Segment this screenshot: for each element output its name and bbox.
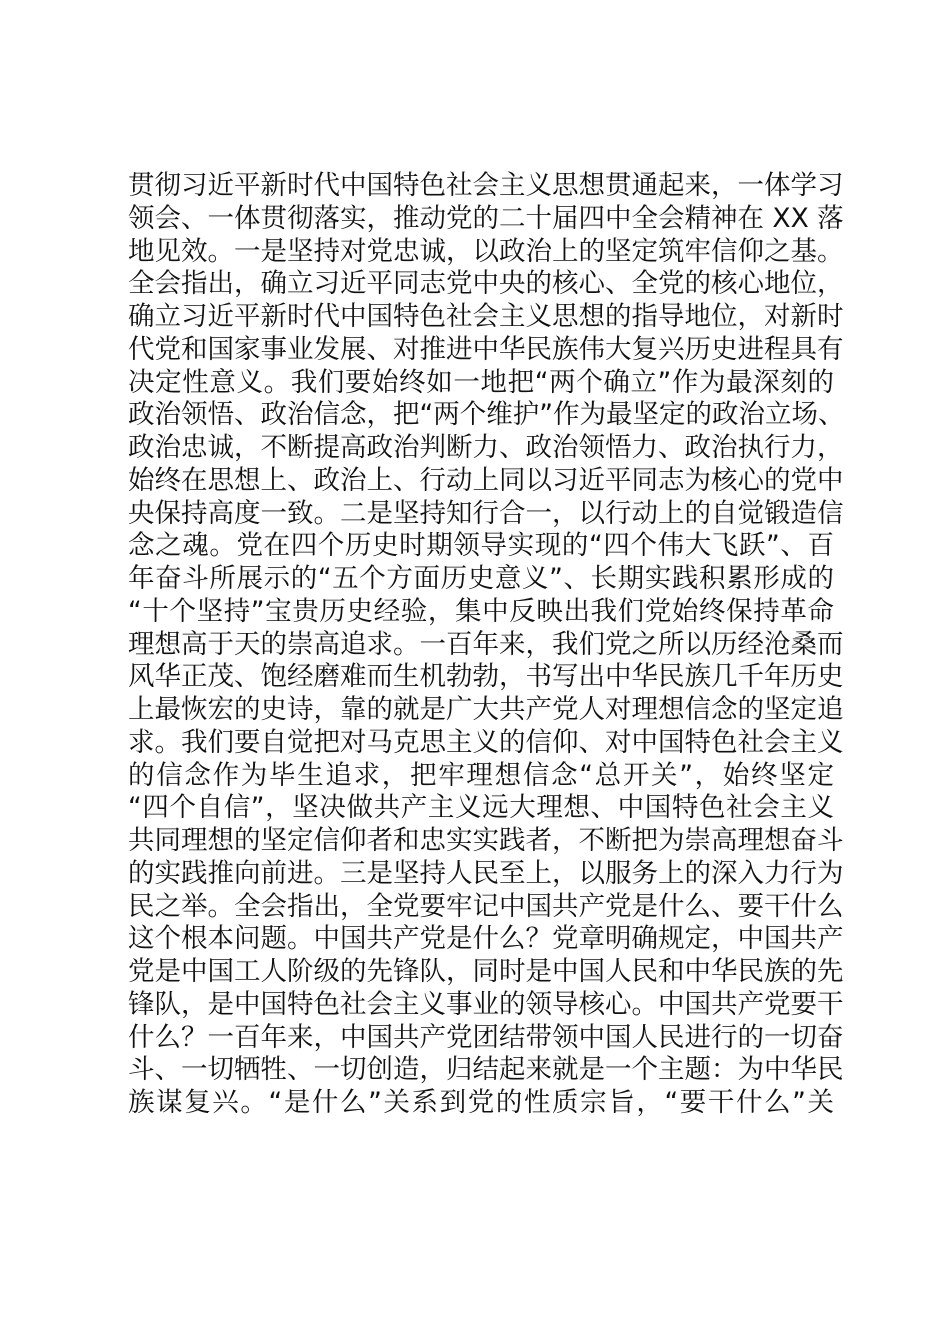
text-line: 的实践推向前进。三是坚持人民至上，以服务上的深入力行为 [128, 858, 834, 891]
document-page: 贯彻习近平新时代中国特色社会主义思想贯通起来，一体学习 领会、一体贯彻落实，推动… [0, 0, 950, 1344]
text-line: 确立习近平新时代中国特色社会主义思想的指导地位，对新时 [128, 301, 834, 334]
text-line: 这个根本问题。中国共产党是什么？党章明确规定，中国共产 [128, 923, 834, 956]
text-line: 政治领悟、政治信念，把“两个维护”作为最坚定的政治立场、 [128, 399, 834, 432]
text-line: 始终在思想上、政治上、行动上同以习近平同志为核心的党中 [128, 465, 834, 498]
text-line: 党是中国工人阶级的先锋队，同时是中国人民和中华民族的先 [128, 956, 834, 989]
text-line: 念之魂。党在四个历史时期领导实现的“四个伟大飞跃”、百 [128, 530, 834, 563]
text-line: 年奋斗所展示的“五个方面历史意义”、长期实践积累形成的 [128, 563, 834, 596]
text-line: 的信念作为毕生追求，把牢理想信念“总开关”，始终坚定 [128, 760, 834, 793]
text-line: 理想高于天的崇高追求。一百年来，我们党之所以历经沧桑而 [128, 629, 834, 662]
text-line: 领会、一体贯彻落实，推动党的二十届四中全会精神在 XX 落 [128, 203, 834, 236]
text-line: “十个坚持”宝贵历史经验，集中反映出我们党始终保持革命 [128, 596, 834, 629]
text-line: 上最恢宏的史诗，靠的就是广大共产党人对理想信念的坚定追 [128, 694, 834, 727]
text-line: 共同理想的坚定信仰者和忠实实践者，不断把为崇高理想奋斗 [128, 825, 834, 858]
body-paragraph: 贯彻习近平新时代中国特色社会主义思想贯通起来，一体学习 领会、一体贯彻落实，推动… [128, 170, 834, 1120]
text-line: 求。我们要自觉把对马克思主义的信仰、对中国特色社会主义 [128, 727, 834, 760]
text-line: 斗、一切牺牲、一切创造，归结起来就是一个主题：为中华民 [128, 1054, 834, 1087]
text-line: 地见效。一是坚持对党忠诚，以政治上的坚定筑牢信仰之基。 [128, 236, 834, 269]
text-line: 贯彻习近平新时代中国特色社会主义思想贯通起来，一体学习 [128, 170, 834, 203]
text-line: 族谋复兴。“是什么”关系到党的性质宗旨，“要干什么”关 [128, 1087, 834, 1120]
text-line: 央保持高度一致。二是坚持知行合一，以行动上的自觉锻造信 [128, 498, 834, 531]
text-line: 代党和国家事业发展、对推进中华民族伟大复兴历史进程具有 [128, 334, 834, 367]
text-line: 全会指出，确立习近平同志党中央的核心、全党的核心地位， [128, 268, 834, 301]
text-line: 什么？一百年来，中国共产党团结带领中国人民进行的一切奋 [128, 1022, 834, 1055]
text-line: 决定性意义。我们要始终如一地把“两个确立”作为最深刻的 [128, 367, 834, 400]
text-line: 民之举。全会指出，全党要牢记中国共产党是什么、要干什么 [128, 891, 834, 924]
text-line: 政治忠诚，不断提高政治判断力、政治领悟力、政治执行力， [128, 432, 834, 465]
text-line: “四个自信”，坚决做共产主义远大理想、中国特色社会主义 [128, 792, 834, 825]
text-line: 风华正茂、饱经磨难而生机勃勃，书写出中华民族几千年历史 [128, 661, 834, 694]
text-line: 锋队，是中国特色社会主义事业的领导核心。中国共产党要干 [128, 989, 834, 1022]
